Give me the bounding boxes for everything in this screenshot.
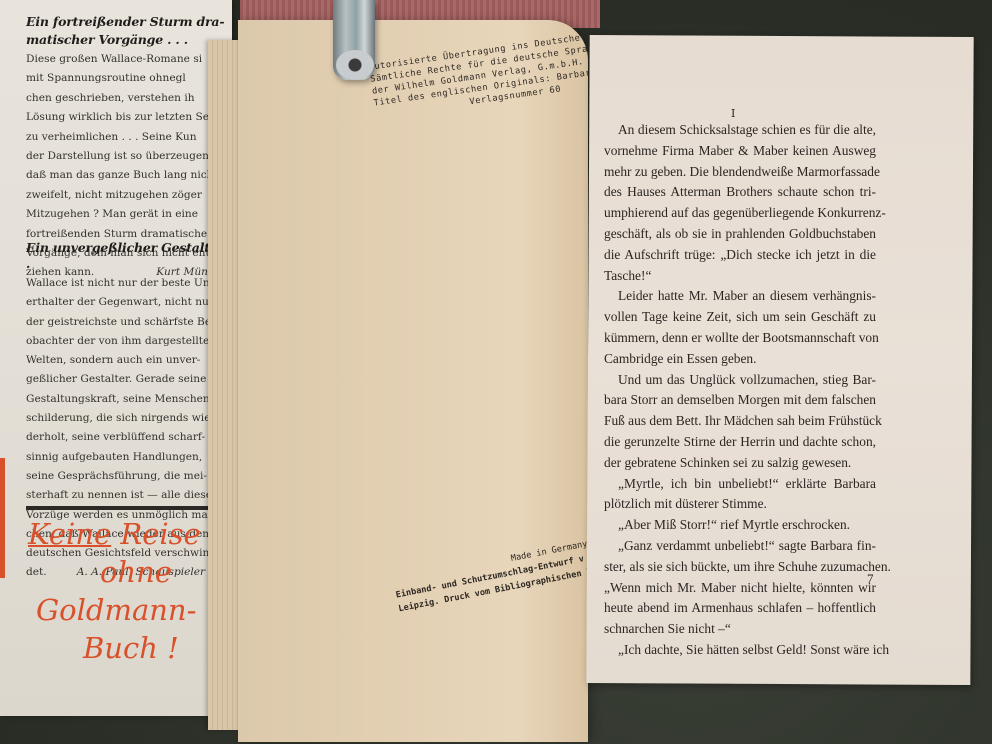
review-line: zweifelt, nicht mitzugehen zöger bbox=[26, 186, 232, 205]
text-line: „Ganz verdammt unbeliebt!“ sagte Barbara… bbox=[604, 536, 876, 557]
body-text: An diesem Schicksalstage schien es für d… bbox=[604, 120, 876, 661]
text-line: „Myrtle, ich bin unbeliebt!“ erklärte Ba… bbox=[604, 474, 876, 495]
slogan-line-1: Keine Reise bbox=[28, 515, 228, 553]
review-line: Mitzugehen ? Man gerät in eine bbox=[26, 205, 232, 224]
chapter-number: I bbox=[731, 107, 735, 120]
review-line: obachter der von ihm dargestellten bbox=[26, 332, 232, 351]
slogan-line-4: Buch ! bbox=[83, 629, 228, 667]
review-line: Wallace ist nicht nur der beste Un- bbox=[26, 274, 232, 293]
review-line: sterhaft zu nennen ist — alle diese bbox=[26, 486, 232, 505]
review-line: zu verheimlichen . . . Seine Kun bbox=[26, 128, 232, 147]
review-line: sinnig aufgebauten Handlungen, bbox=[26, 448, 232, 467]
review-line: chen geschrieben, verstehen ih bbox=[26, 89, 232, 108]
review-heading-1: Ein fortreißender Sturm dra- bbox=[26, 14, 232, 30]
text-line: die gerunzelte Stirne der Herrin und dac… bbox=[604, 432, 876, 453]
text-line: Leider hatte Mr. Maber an diesem verhäng… bbox=[604, 286, 876, 307]
text-line: Fuß aus dem Bett. Ihr Mädchen sah beim F… bbox=[604, 411, 876, 432]
text-line: kümmern, denn er wollte der Bootsmannsch… bbox=[604, 328, 876, 349]
slogan-underlined-word: Keine bbox=[28, 517, 111, 551]
text-line: heute abend im Armenhaus schlafen – hoff… bbox=[604, 598, 876, 619]
text-line: Cambridge ein Essen geben. bbox=[604, 349, 876, 370]
review-line: schilderung, die sich nirgends wie- bbox=[26, 409, 232, 428]
review-line: der geistreichste und schärfste Be- bbox=[26, 313, 232, 332]
slogan-word: Reise bbox=[111, 517, 201, 551]
text-line: An diesem Schicksalstage schien es für d… bbox=[604, 120, 876, 141]
divider-rule bbox=[26, 506, 216, 510]
text-line: „Ich dachte, Sie hätten selbst Geld! Son… bbox=[604, 640, 876, 661]
text-line: bara Storr an demselben Morgen mit dem f… bbox=[604, 390, 876, 411]
text-line: mehr zu geben. Die blendendweiße Marmorf… bbox=[604, 162, 876, 183]
handwritten-slogan: Keine Reise ohne Goldmann- Buch ! bbox=[28, 515, 228, 667]
text-line: die Aufschrift trüge: „Dich stecke ich j… bbox=[604, 245, 876, 266]
text-line: Und um das Unglück vollzumachen, stieg B… bbox=[604, 370, 876, 391]
text-line: geschäft, als ob sie in prahlenden Goldb… bbox=[604, 224, 876, 245]
text-line: vornehme Firma Maber & Maber keinen Ausw… bbox=[604, 141, 876, 162]
dust-jacket-flap: Ein fortreißender Sturm dra- matischer V… bbox=[0, 0, 232, 716]
page-number: 7 bbox=[867, 571, 874, 587]
text-line: umphierend auf das gegenüberliegende Kon… bbox=[604, 203, 876, 224]
review-line: der Darstellung ist so überzeugend bbox=[26, 147, 232, 166]
review-heading-1b: matischer Vorgänge . . . bbox=[26, 32, 232, 48]
review-line: Gestaltungskraft, seine Menschen- bbox=[26, 390, 232, 409]
review-line: erthalter der Gegenwart, nicht nur bbox=[26, 293, 232, 312]
review-line: mit Spannungsroutine ohnegl bbox=[26, 69, 232, 88]
review-heading-2: Ein unvergeßlicher Gestalter . bbox=[26, 240, 232, 272]
text-line: ster, als sie sich bückte, um ihre Schuh… bbox=[604, 557, 876, 578]
review-line: Lösung wirklich bis zur letzten Sei bbox=[26, 108, 232, 127]
pen-cap-icon bbox=[336, 50, 374, 80]
review-line: daß man das ganze Buch lang nicl bbox=[26, 166, 232, 185]
red-edge bbox=[0, 458, 5, 578]
review-line: seine Gesprächsführung, die mei- bbox=[26, 467, 232, 486]
text-line: Tasche!“ bbox=[604, 266, 876, 287]
review-line: Diese großen Wallace-Romane si bbox=[26, 50, 232, 69]
review-line: geßlicher Gestalter. Gerade seine bbox=[26, 370, 232, 389]
text-line: der gebratene Schinken sei zu salzig gew… bbox=[604, 453, 876, 474]
text-line: des Hauses Atterman Brothers schaute sch… bbox=[604, 182, 876, 203]
imprint-page[interactable] bbox=[238, 20, 588, 742]
slogan-line-3: Goldmann- bbox=[36, 591, 228, 629]
review-line: derholt, seine verblüffend scharf- bbox=[26, 428, 232, 447]
text-line: „Aber Miß Storr!“ rief Myrtle erschrocke… bbox=[604, 515, 876, 536]
text-line: schnarchen Sie nicht –“ bbox=[604, 619, 876, 640]
text-line: vollen Tage keine Zeit, sich um sein Ges… bbox=[604, 307, 876, 328]
review-line: Welten, sondern auch ein unver- bbox=[26, 351, 232, 370]
text-line: plötzlich mit düsterer Stimme. bbox=[604, 494, 876, 515]
text-line: „Wenn mich Mr. Maber nicht hielte, könnt… bbox=[604, 578, 876, 599]
page-edges bbox=[208, 40, 238, 730]
